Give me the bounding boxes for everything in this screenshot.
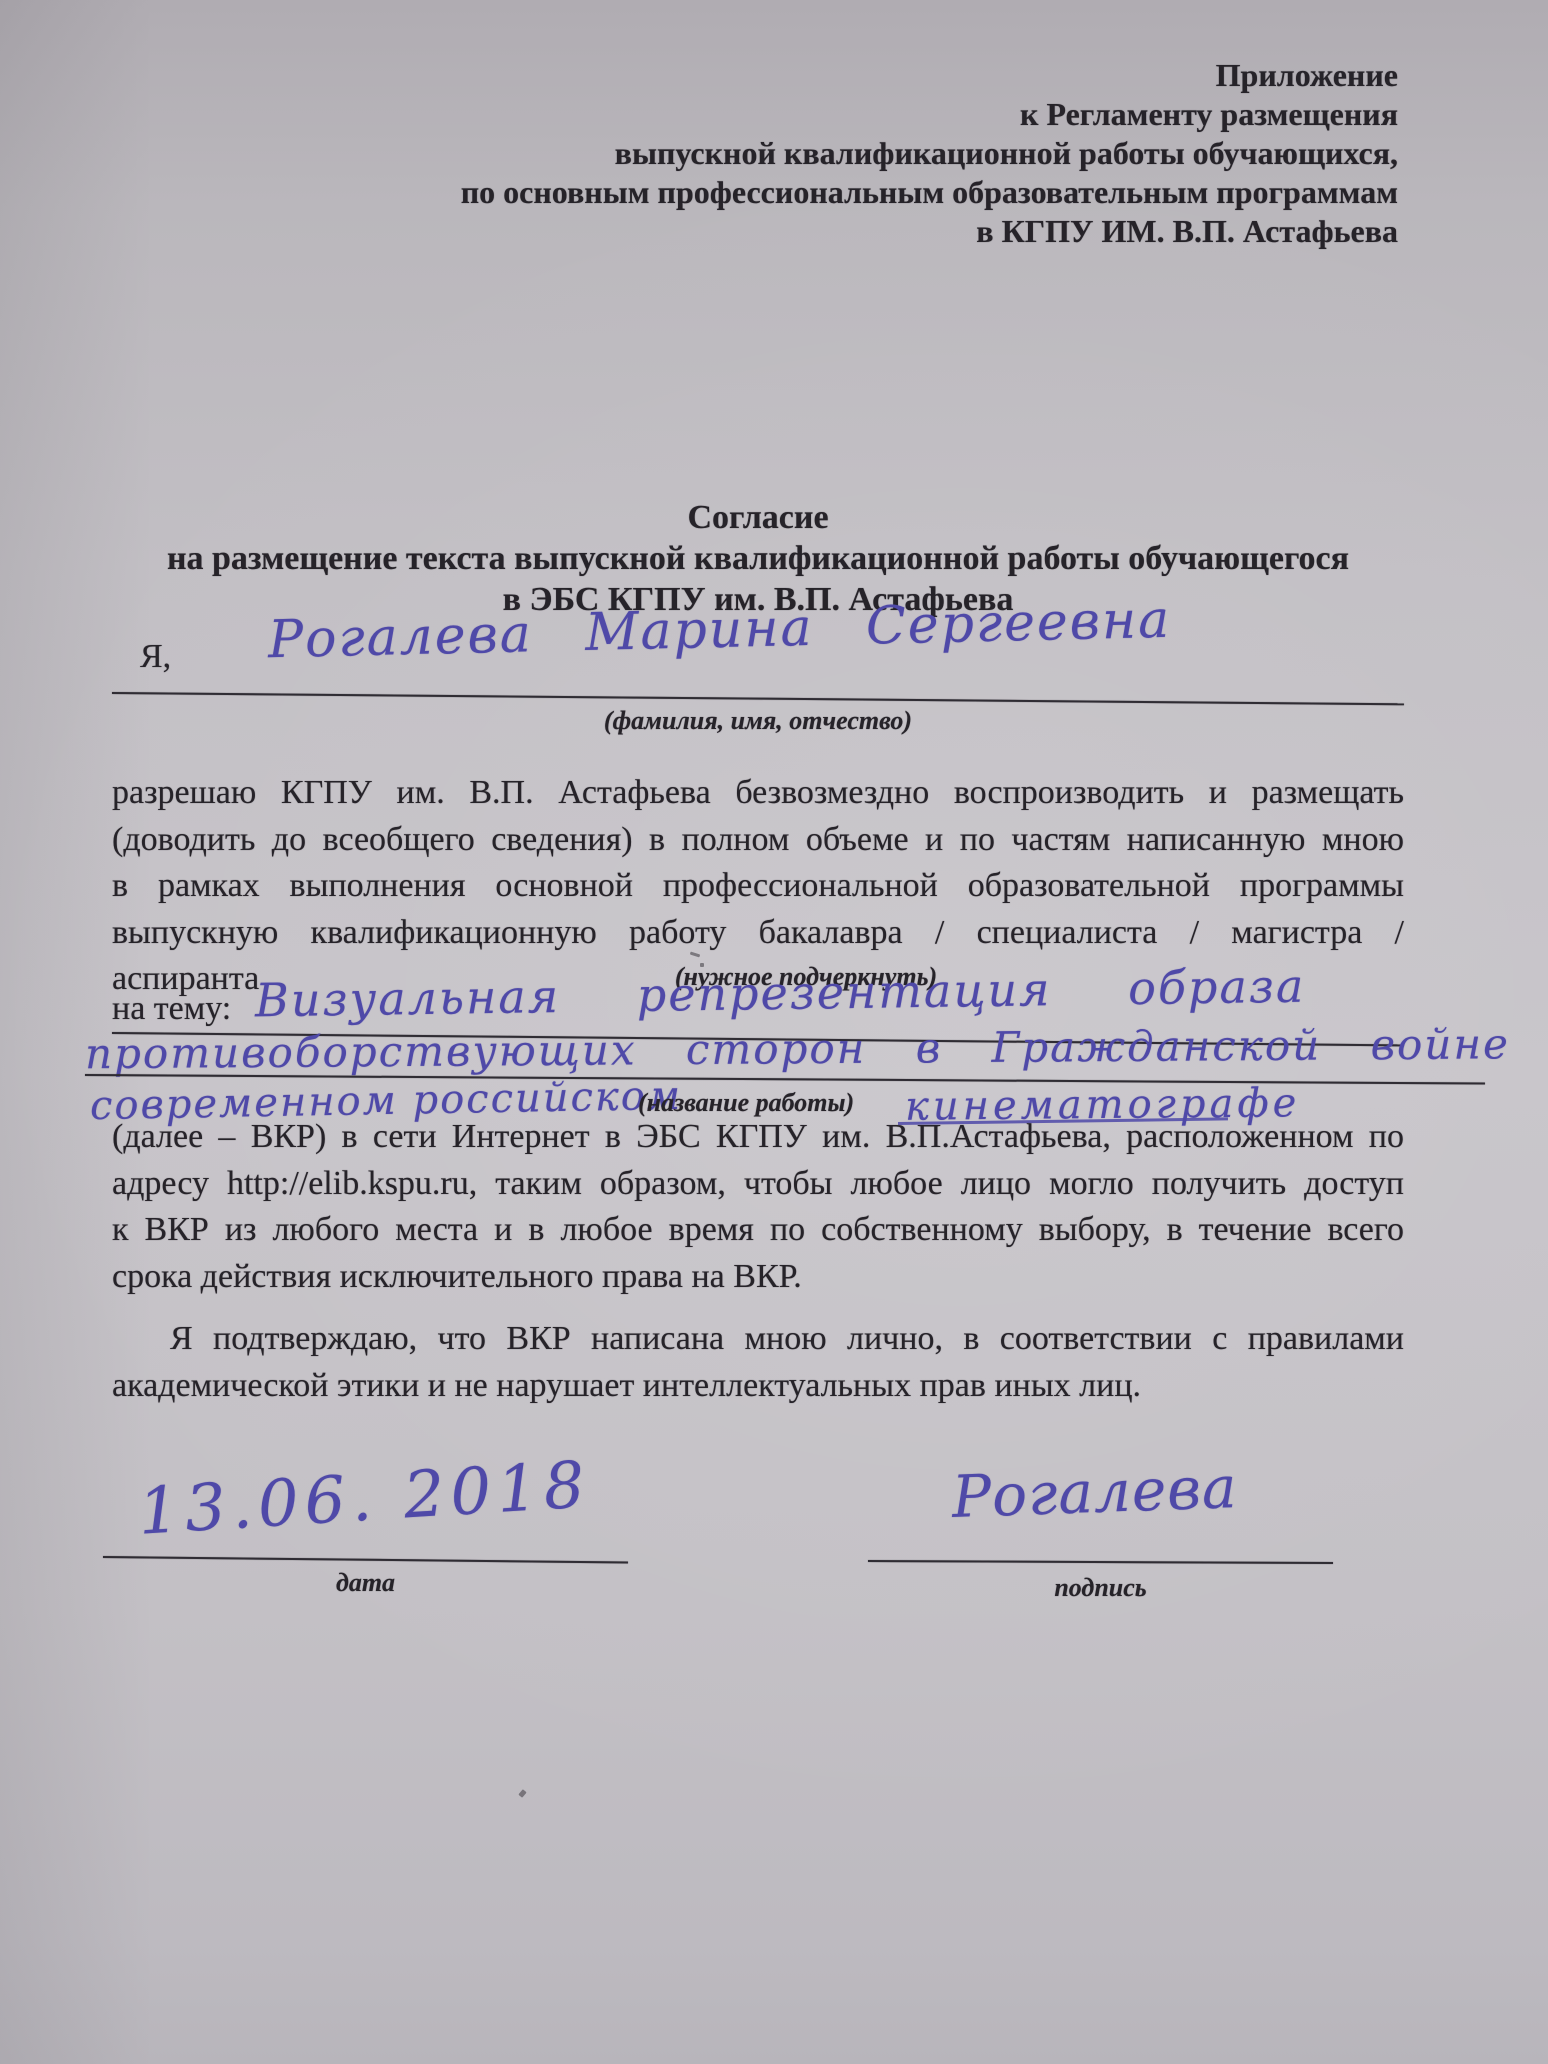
paragraph-line: срока действия исключительного права на …: [112, 1254, 1404, 1301]
paper-speck: [518, 1789, 526, 1798]
paragraph-line: академической этики и не нарушает интелл…: [112, 1363, 1404, 1410]
handwritten-signature: Рогалева: [951, 1453, 1239, 1531]
access-paragraph: (далее – ВКР) в сети Интернет в ЭБС КГПУ…: [112, 1114, 1404, 1300]
paragraph-line: адресу http://elib.kspu.ru, таким образо…: [112, 1161, 1404, 1208]
signature-label: подпись: [868, 1573, 1333, 1603]
paragraph-line: Я подтверждаю, что ВКР написана мною лич…: [112, 1316, 1404, 1363]
date-line: [103, 1556, 628, 1563]
appendix-header: Приложение к Регламенту размещения выпус…: [138, 56, 1398, 251]
header-line: к Регламенту размещения: [138, 95, 1398, 134]
title-line: на размещение текста выпускной квалифика…: [112, 538, 1404, 579]
signature-line: [868, 1560, 1333, 1564]
header-line: по основным профессиональным образовател…: [138, 173, 1398, 212]
name-underline: [112, 692, 1404, 705]
name-prefix: Я,: [140, 638, 171, 676]
paragraph-line: к ВКР из любого места и в любое время по…: [112, 1207, 1404, 1254]
title-line: Согласие: [112, 497, 1404, 538]
document-photo: Приложение к Регламенту размещения выпус…: [0, 0, 1548, 2064]
paragraph-line: в рамках выполнения основной профессиона…: [112, 863, 1404, 910]
paragraph-line: (далее – ВКР) в сети Интернет в ЭБС КГПУ…: [112, 1114, 1404, 1161]
paragraph-line: (доводить до всеобщего сведения) в полно…: [112, 817, 1404, 864]
topic-label: на тему:: [112, 990, 231, 1028]
paragraph-line: разрешаю КГПУ им. В.П. Астафьева безвозм…: [112, 770, 1404, 817]
handwritten-date: 13.06. 2018: [136, 1448, 592, 1550]
name-caption: (фамилия, имя, отчество): [112, 706, 1404, 736]
header-line: в КГПУ ИМ. В.П. Астафьева: [138, 212, 1398, 251]
header-line: Приложение: [138, 56, 1398, 95]
confirmation-paragraph: Я подтверждаю, что ВКР написана мною лич…: [112, 1316, 1404, 1409]
header-line: выпускной квалификационной работы обучаю…: [138, 134, 1398, 173]
date-label: дата: [103, 1568, 628, 1598]
handwritten-topic-line2: противоборствующих сторон в Гражданской …: [85, 1019, 1548, 1078]
paragraph-line: выпускную квалификационную работу бакала…: [112, 910, 1404, 957]
paper-speck: [700, 963, 704, 967]
